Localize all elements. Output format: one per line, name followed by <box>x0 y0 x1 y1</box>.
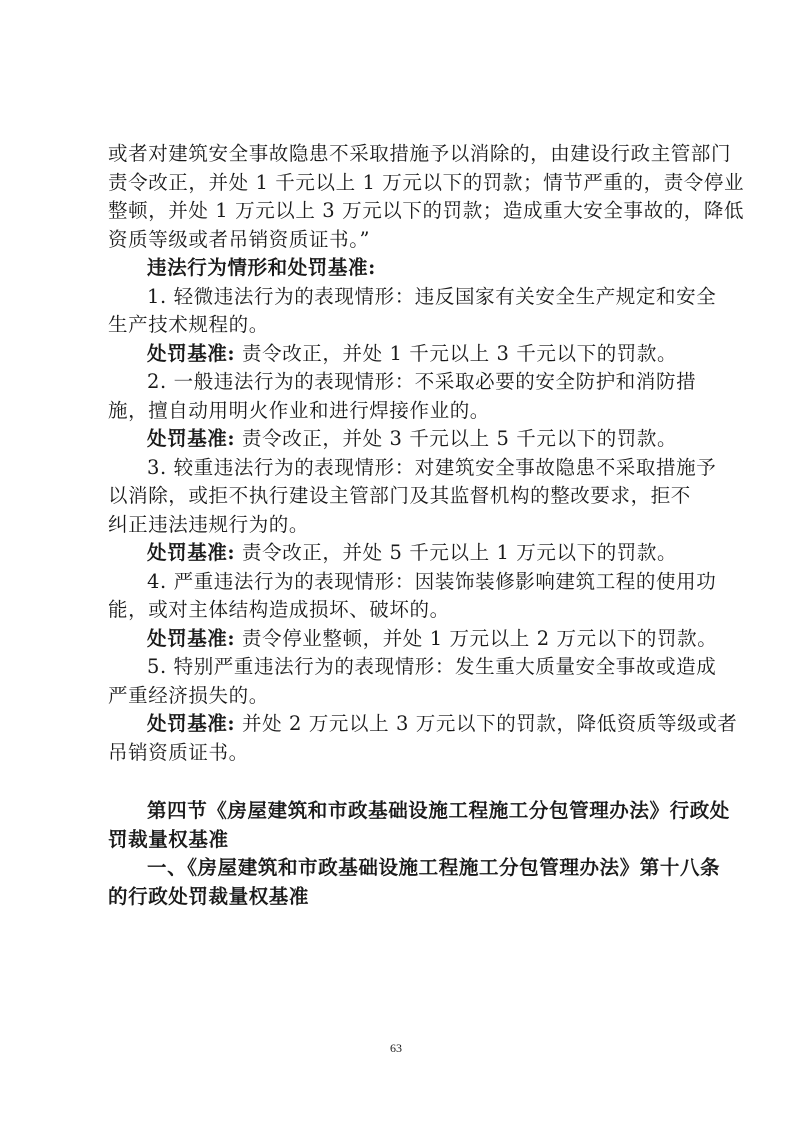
penalty-line: 处罚基准: 责令改正，并处 5 千元以上 1 万元以下的罚款。 <box>108 539 686 568</box>
text-line: 5. 特别严重违法行为的表现情形：发生重大质量安全事故或造成 <box>108 653 686 682</box>
violation-item-2: 2. 一般违法行为的表现情形：不采取必要的安全防护和消防措 施，擅自动用明火作业… <box>108 368 686 454</box>
penalty-text: 责令改正，并处 5 千元以上 1 万元以下的罚款。 <box>235 541 677 564</box>
text-line: 4. 严重违法行为的表现情形：因装饰装修影响建筑工程的使用功 <box>108 568 686 597</box>
text-line: 生产技术规程的。 <box>108 311 686 340</box>
penalty-label: 处罚基准: <box>147 627 235 650</box>
violation-item-5: 5. 特别严重违法行为的表现情形：发生重大质量安全事故或造成 严重经济损失的。 … <box>108 653 686 767</box>
violation-item-3: 3. 较重违法行为的表现情形：对建筑安全事故隐患不采取措施予 以消除，或拒不执行… <box>108 454 686 568</box>
penalty-text: 并处 2 万元以上 3 万元以下的罚款，降低资质等级或者 <box>235 712 737 735</box>
penalty-label: 处罚基准: <box>147 427 235 450</box>
text-line: 纠正违法违规行为的。 <box>108 511 686 540</box>
penalty-text: 责令改正，并处 3 千元以上 5 千元以下的罚款。 <box>235 427 677 450</box>
text-line: 1. 轻微违法行为的表现情形：违反国家有关安全生产规定和安全 <box>108 283 686 312</box>
text-line: 能，或对主体结构造成损坏、破坏的。 <box>108 596 686 625</box>
penalty-text: 责令停业整顿，并处 1 万元以上 2 万元以下的罚款。 <box>235 627 717 650</box>
text-line: 施，擅自动用明火作业和进行焊接作业的。 <box>108 397 686 426</box>
text-line: 3. 较重违法行为的表现情形：对建筑安全事故隐患不采取措施予 <box>108 454 686 483</box>
text-line: 以消除，或拒不执行建设主管部门及其监督机构的整改要求，拒不 <box>108 482 686 511</box>
penalty-line: 处罚基准: 责令改正，并处 1 千元以上 3 千元以下的罚款。 <box>108 340 686 369</box>
intro-paragraph: 或者对建筑安全事故隐患不采取措施予以消除的，由建设行政主管部门 责令改正，并处 … <box>108 140 686 254</box>
text-line: 吊销资质证书。 <box>108 739 686 768</box>
section-heading: 第四节《房屋建筑和市政基础设施工程施工分包管理办法》行政处 罚裁量权基准 <box>108 797 686 854</box>
text-line: 或者对建筑安全事故隐患不采取措施予以消除的，由建设行政主管部门 <box>108 140 686 169</box>
penalty-label: 处罚基准: <box>147 541 235 564</box>
penalty-line: 处罚基准: 并处 2 万元以上 3 万元以下的罚款，降低资质等级或者 <box>108 710 686 739</box>
penalty-text: 责令改正，并处 1 千元以上 3 千元以下的罚款。 <box>235 342 677 365</box>
penalty-label: 处罚基准: <box>147 712 235 735</box>
heading-line: 一、《房屋建筑和市政基础设施工程施工分包管理办法》第十八条 <box>108 854 686 883</box>
violation-item-4: 4. 严重违法行为的表现情形：因装饰装修影响建筑工程的使用功 能，或对主体结构造… <box>108 568 686 654</box>
criteria-heading: 违法行为情形和处罚基准: <box>108 254 686 283</box>
document-page: 或者对建筑安全事故隐患不采取措施予以消除的，由建设行政主管部门 责令改正，并处 … <box>108 140 686 911</box>
penalty-line: 处罚基准: 责令改正，并处 3 千元以上 5 千元以下的罚款。 <box>108 425 686 454</box>
text-line: 资质等级或者吊销资质证书。” <box>108 226 686 255</box>
text-line: 整顿，并处 1 万元以上 3 万元以下的罚款；造成重大安全事故的，降低 <box>108 197 686 226</box>
heading-line: 的行政处罚裁量权基准 <box>108 883 686 912</box>
penalty-label: 处罚基准: <box>147 342 235 365</box>
text-line: 严重经济损失的。 <box>108 682 686 711</box>
page-number: 63 <box>0 1041 792 1056</box>
text-line: 责令改正，并处 1 千元以上 1 万元以下的罚款；情节严重的，责令停业 <box>108 169 686 198</box>
text-line: 2. 一般违法行为的表现情形：不采取必要的安全防护和消防措 <box>108 368 686 397</box>
violation-item-1: 1. 轻微违法行为的表现情形：违反国家有关安全生产规定和安全 生产技术规程的。 … <box>108 283 686 369</box>
heading-line: 第四节《房屋建筑和市政基础设施工程施工分包管理办法》行政处 <box>108 797 686 826</box>
heading-line: 罚裁量权基准 <box>108 826 686 855</box>
subsection-heading: 一、《房屋建筑和市政基础设施工程施工分包管理办法》第十八条 的行政处罚裁量权基准 <box>108 854 686 911</box>
penalty-line: 处罚基准: 责令停业整顿，并处 1 万元以上 2 万元以下的罚款。 <box>108 625 686 654</box>
spacer <box>108 767 686 797</box>
